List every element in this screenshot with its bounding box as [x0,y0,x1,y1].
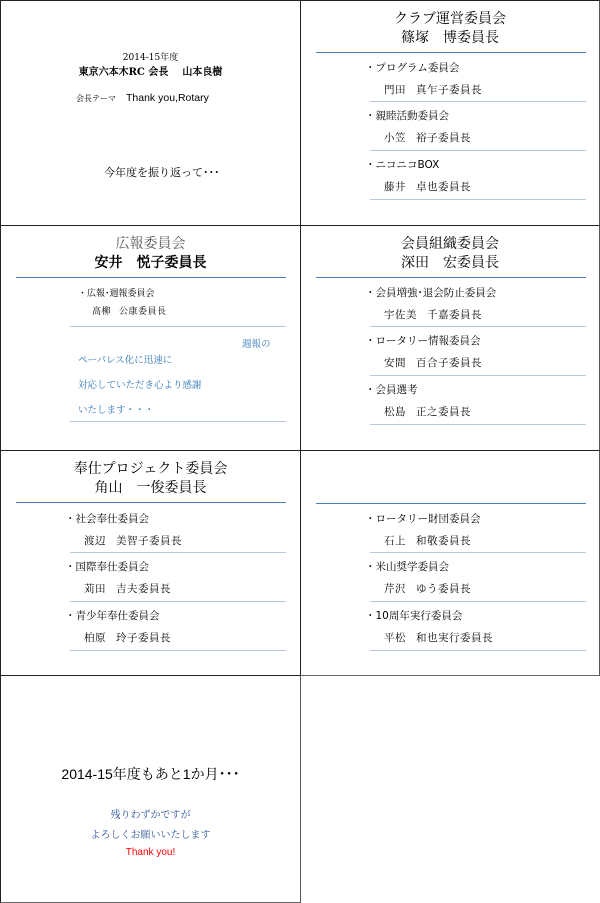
slide-other-committees: ・ロータリー財団委員会 石上和敬委員長 ・米山奨学委員会 芹沢ゆう委員長 ・10… [300,450,600,676]
subcommittee-chair: 小笠裕子委員長 [384,130,471,145]
subcommittee-name: ・親睦活動委員会 [365,108,449,123]
closing-line: よろしくお願いいたします [1,826,300,841]
item-divider [70,326,286,327]
closing-headline: 2014-15年度もあと1か月･･･ [1,764,300,784]
subcommittee-chair: 安間百合子委員長 [384,355,482,370]
lookback-text: 今年度を振り返って･･･ [104,164,220,180]
subcommittee-name: ・プログラム委員会 [365,60,459,75]
committee-title: 奉仕プロジェクト委員会 [1,460,300,479]
slide-title: 2014-15年度 東京六本木RC 会長山本良樹 会長テーマThank you,… [0,0,301,226]
slide-heading: 奉仕プロジェクト委員会 角山 一俊委員長 [1,460,300,498]
item-divider [370,326,586,327]
item-divider [370,375,586,376]
committee-title: 会員組織委員会 [301,235,599,254]
committee-title: 広報委員会 [1,235,300,254]
president-name: 山本良樹 [182,67,222,78]
committee-chair: 篠塚 博委員長 [301,29,599,48]
subcommittee-name: ・会員選考 [365,382,418,397]
subcommittee-name: ・米山奨学委員会 [365,559,449,574]
title-divider [316,52,586,53]
item-divider [370,650,586,651]
subcommittee-chair: 藤井卓也委員長 [384,179,471,194]
closing-line: 残りわずかですが [1,806,300,821]
item-divider [370,150,586,151]
item-divider [370,199,586,200]
slide-closing: 2014-15年度もあと1か月･･･ 残りわずかですが よろしくお願いいたします… [0,675,301,903]
item-divider [70,552,286,553]
subcommittee-chair: 平松和也実行委員長 [384,630,493,645]
subcommittee-name: ・青少年奉仕委員会 [65,608,160,623]
committee-title: クラブ運営委員会 [301,10,599,29]
subcommittee-chair: 門田真乍子委員長 [384,82,482,97]
thank-you-text: Thank you! [1,847,300,858]
subcommittee-name: ・広報･週報委員会 [78,286,155,299]
message-line: 対応していただき心より感謝 [78,377,202,391]
club-name: 東京六本木RC 会長 [79,67,169,78]
message-line: ペーパレス化に迅速に [78,352,172,366]
president-theme: 会長テーマThank you,Rotary [76,92,209,104]
item-divider [70,650,286,651]
message-line: 週報の [242,336,271,350]
slide-membership: 会員組織委員会 深田 宏委員長 ・会員増強･退会防止委員会 宇佐美千嘉委員長 ・… [300,225,600,451]
item-divider [370,101,586,102]
item-divider [370,424,586,425]
slide-heading: 広報委員会 安井 悦子委員長 [1,235,300,273]
subcommittee-chair: 芹沢ゆう委員長 [384,581,471,596]
subcommittee-name: ・社会奉仕委員会 [65,511,149,526]
subcommittee-chair: 柏原玲子委員長 [84,630,171,645]
fiscal-year: 2014-15年度 [1,50,300,63]
slide-service-projects: 奉仕プロジェクト委員会 角山 一俊委員長 ・社会奉仕委員会 渡辺美智子委員長 ・… [0,450,301,676]
slide-club-administration: クラブ運営委員会 篠塚 博委員長 ・プログラム委員会 門田真乍子委員長 ・親睦活… [300,0,600,226]
subcommittee-name: ・ロータリー情報委員会 [365,333,481,348]
committee-chair: 角山 一俊委員長 [1,479,300,498]
title-divider [316,503,586,504]
committee-chair: 深田 宏委員長 [301,254,599,273]
item-divider [70,421,286,422]
club-president-line: 東京六本木RC 会長山本良樹 [1,63,300,78]
subcommittee-name: ・ロータリー財団委員会 [365,511,481,526]
title-divider [316,277,586,278]
subcommittee-chair: 宇佐美千嘉委員長 [384,307,482,322]
item-divider [70,601,286,602]
subcommittee-name: ・ニコニコBOX [365,157,439,172]
committee-chair: 安井 悦子委員長 [1,254,300,273]
theme-label: 会長テーマ [76,94,116,103]
item-divider [370,552,586,553]
subcommittee-chair: 高柳公康委員長 [92,304,167,317]
slide-public-relations: 広報委員会 安井 悦子委員長 ・広報･週報委員会 高柳公康委員長 週報の ペーパ… [0,225,301,451]
subcommittee-name: ・会員増強･退会防止委員会 [365,285,496,300]
slide-heading: クラブ運営委員会 篠塚 博委員長 [301,10,599,48]
subcommittee-chair: 苅田吉夫委員長 [84,581,171,596]
slide-heading: 会員組織委員会 深田 宏委員長 [301,235,599,273]
subcommittee-chair: 松島正之委員長 [384,404,471,419]
theme-text: Thank you,Rotary [126,92,209,104]
subcommittee-chair: 渡辺美智子委員長 [84,533,182,548]
title-divider [16,502,286,503]
message-line: いたします・・・ [78,402,154,416]
subcommittee-chair: 石上和敬委員長 [384,533,471,548]
subcommittee-name: ・10周年実行委員会 [365,608,462,623]
title-divider [16,277,286,278]
subcommittee-name: ・国際奉仕委員会 [65,559,149,574]
item-divider [370,601,586,602]
